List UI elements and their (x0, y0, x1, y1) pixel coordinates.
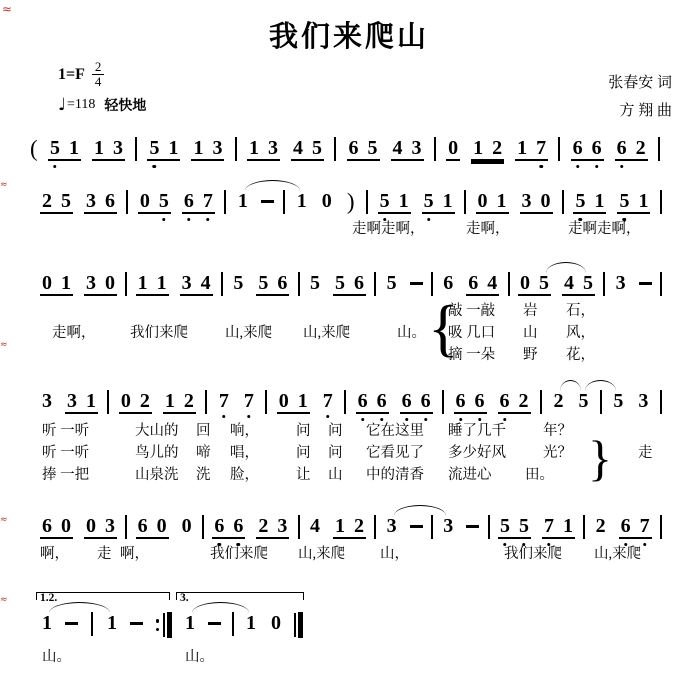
beam-group: 3 (614, 272, 628, 294)
measure: 1 (183, 612, 221, 634)
beam-group: 56 (256, 272, 289, 296)
beam-group: 3 (40, 390, 54, 412)
note-digit: 1 (562, 515, 574, 537)
note-digit: 3 (66, 390, 78, 412)
note: 3 (637, 390, 649, 412)
note: 5 (538, 272, 550, 294)
note-digit: 1 (93, 137, 105, 159)
note: 6 (572, 137, 584, 159)
dash-line (639, 282, 652, 285)
note-digit: 6 (474, 390, 486, 412)
note-digit: 1 (68, 137, 80, 159)
note: 6 (401, 390, 413, 412)
barline (224, 190, 226, 214)
note-digit: 1 (85, 390, 97, 412)
barline (265, 390, 267, 414)
note-digit: 6 (353, 272, 365, 294)
measure: 5151 (378, 190, 455, 214)
beam-group: 55 (498, 515, 531, 539)
barline (508, 272, 510, 296)
note: 7 (202, 190, 214, 212)
note-digit: 1 (398, 190, 410, 212)
note-digit: 0 (104, 272, 116, 294)
music-system: 331021277017666666622553 (40, 390, 662, 414)
beam-group: 5 (385, 272, 399, 294)
dash-note (639, 272, 652, 294)
measure: 01217 (446, 137, 548, 161)
note: 1 (106, 612, 118, 634)
note-digit: 2 (552, 390, 564, 412)
dash-line (65, 622, 78, 625)
lyric: 山。 (42, 650, 71, 665)
volta-bracket: 1.2. (36, 592, 170, 600)
barline (464, 190, 466, 214)
note-digit: 1 (334, 515, 346, 537)
lyric: 它在这里 (366, 424, 424, 439)
lyric: 大山的 (135, 424, 179, 439)
note-digit: 5 (148, 137, 160, 159)
dash-line (208, 622, 221, 625)
note: 6 (137, 515, 149, 537)
note: 2 (491, 137, 503, 159)
barline (434, 137, 436, 161)
note-digit: 0 (477, 190, 489, 212)
barline (660, 515, 662, 539)
measure: 0567 (138, 190, 215, 214)
lyric: 田。 (525, 468, 554, 483)
note: 2 (139, 390, 151, 412)
measure: 25 (551, 390, 590, 412)
note: 4 (563, 272, 575, 294)
note-digit: 3 (104, 515, 116, 537)
measure: 0130 (40, 272, 117, 296)
note-digit: 2 (257, 515, 269, 537)
lyric: 山,来爬 (298, 547, 345, 562)
note-digit: 5 (232, 272, 244, 294)
note-digit: 5 (158, 190, 170, 212)
note-digit: 1 (637, 190, 649, 212)
note-digit: 1 (192, 137, 204, 159)
barline (603, 272, 605, 296)
note-digit: 5 (257, 272, 269, 294)
beam-group: 51 (422, 190, 455, 214)
thin-bar (294, 613, 296, 637)
lyric: 走 (638, 446, 653, 461)
note: 3 (41, 390, 53, 412)
note: 3 (85, 190, 97, 212)
note: 3 (521, 190, 533, 212)
note-digit: 0 (278, 390, 290, 412)
note-digit: 2 (139, 390, 151, 412)
note-digit: 4 (563, 272, 575, 294)
time-signature: 2 4 (92, 60, 105, 90)
lyric: 问 (296, 446, 311, 461)
note-digit: 5 (423, 190, 435, 212)
slur-tie (192, 602, 249, 613)
dash-line (466, 525, 479, 528)
dash-line (410, 525, 423, 528)
beam-group: 17 (515, 137, 548, 161)
measure: 1345 (247, 137, 324, 161)
measure: 556 (308, 272, 366, 296)
note: 1 (296, 190, 308, 212)
lyric: 我们来爬 (130, 326, 188, 341)
note: 0 (139, 190, 151, 212)
barline (221, 272, 223, 296)
note: 6 (616, 137, 628, 159)
note-digit: 1 (593, 190, 605, 212)
barline (562, 190, 564, 214)
note-digit: 6 (467, 272, 479, 294)
lyric-brace: } (588, 430, 612, 486)
note: 0 (447, 137, 459, 159)
lyric: 山,来爬 (225, 326, 272, 341)
low-octave-dot (643, 543, 647, 547)
slur-tie (585, 380, 616, 391)
note: 1 (184, 612, 196, 634)
measure: 5571 (498, 515, 575, 539)
note: 3 (104, 515, 116, 537)
measure: 6666 (356, 390, 433, 414)
note-digit: 5 (612, 390, 624, 412)
low-octave-dot (503, 418, 507, 422)
note: 0 (270, 612, 282, 634)
measure: 331 (40, 390, 98, 414)
low-octave-dot (187, 218, 191, 222)
beam-group: 51 (378, 190, 411, 214)
beam-group: 51 (573, 190, 606, 214)
lyricist-credit: 张春安 词 (608, 70, 672, 98)
low-octave-dot (206, 218, 210, 222)
note: 3 (442, 515, 454, 537)
low-octave-dot (620, 165, 624, 169)
music-system: 110 (183, 612, 303, 638)
note: 5 (499, 515, 511, 537)
note: 5 (257, 272, 269, 294)
note: 1 (60, 272, 72, 294)
note-digit: 5 (518, 515, 530, 537)
measure: 6623 (212, 515, 289, 539)
repeat-end-barline (156, 612, 173, 638)
lyric: 听 一听 (42, 446, 89, 461)
note-digit: 1 (237, 190, 249, 212)
note: 4 (292, 137, 304, 159)
note-digit: 6 (357, 390, 369, 412)
beam-group: 71 (542, 515, 575, 539)
note-digit: 2 (41, 190, 53, 212)
note-digit: 7 (535, 137, 547, 159)
note: 1 (398, 190, 410, 212)
note-digit: 2 (518, 390, 530, 412)
measure: 5 (385, 272, 423, 294)
note-digit: 3 (521, 190, 533, 212)
lyric: 流进心 (448, 468, 492, 483)
note-digit: 3 (615, 272, 627, 294)
measure: 600 (136, 515, 194, 539)
note-digit: 6 (137, 515, 149, 537)
measure: 0545 (518, 272, 595, 296)
note: 1 (167, 137, 179, 159)
note: 1 (156, 272, 168, 294)
low-octave-dot (427, 218, 431, 222)
note-digit: 5 (582, 272, 594, 294)
lyric: 走啊， (52, 326, 96, 341)
low-octave-dot (380, 418, 384, 422)
note: 5 (311, 137, 323, 159)
note: 3 (276, 515, 288, 537)
note: 5 (423, 190, 435, 212)
note: 6 (41, 515, 53, 537)
lyric: 山 (523, 326, 538, 341)
note-digit: 3 (442, 515, 454, 537)
note-digit: 6 (442, 272, 454, 294)
beam-group: 65 (347, 137, 380, 161)
note-digit: 3 (85, 272, 97, 294)
beam-group: 1 (183, 612, 197, 634)
music-system: 25360567110)515101305151 (40, 190, 662, 214)
low-octave-dot (405, 418, 409, 422)
note: 1 (472, 137, 484, 159)
measure: 0212 (119, 390, 196, 414)
barline (126, 190, 128, 214)
barline (125, 515, 127, 539)
barline (583, 515, 585, 539)
lyric: 风， (566, 326, 595, 341)
slur-tie (245, 180, 300, 191)
note-digit: 0 (181, 515, 193, 537)
beam-group: 31 (65, 390, 98, 414)
note-digit: 4 (486, 272, 498, 294)
volta-bracket: 3. (176, 592, 304, 600)
dash-note (261, 190, 274, 212)
lyric: 啊， (40, 547, 69, 562)
music-system: 01301134556556566405453 (40, 272, 662, 296)
thick-bar (298, 612, 303, 638)
note: 1 (245, 612, 257, 634)
note: 3 (267, 137, 279, 159)
beam-group: 01 (476, 190, 509, 214)
note: 0 (104, 272, 116, 294)
beam-group: 3 (636, 390, 650, 412)
beam-group: 12 (163, 390, 196, 414)
beam-group: 05 (518, 272, 551, 296)
lyric: 山。 (397, 326, 426, 341)
note: 5 (574, 190, 586, 212)
note: 2 (257, 515, 269, 537)
time-signature-denominator: 4 (92, 75, 105, 89)
beam-group: 51 (147, 137, 180, 161)
music-system: 11 (40, 612, 172, 638)
note: 1 (442, 190, 454, 212)
note-digit: 0 (139, 190, 151, 212)
note: 5 (612, 390, 624, 412)
note: 1 (496, 190, 508, 212)
note: 5 (232, 272, 244, 294)
music-system: (5113511313456543012176662 (30, 137, 660, 161)
beam-group: 13 (191, 137, 224, 161)
beam-group: 60 (40, 515, 73, 539)
note: 5 (334, 272, 346, 294)
note: 0 (41, 272, 53, 294)
low-octave-dot (459, 418, 463, 422)
lyric: 走 (97, 547, 112, 562)
lyric: 听 一听 (42, 424, 89, 439)
beam-group: 7 (217, 390, 231, 412)
lyric: 让 (296, 468, 311, 483)
note: 3 (411, 137, 423, 159)
note-digit: 1 (296, 190, 308, 212)
note-digit: 3 (267, 137, 279, 159)
dash-note (65, 612, 78, 634)
lyric: 山 (328, 468, 343, 483)
note-digit: 3 (85, 190, 97, 212)
note: 3 (85, 272, 97, 294)
beam-group: 2 (594, 515, 608, 537)
dash-note (410, 515, 423, 537)
note-digit: 1 (164, 390, 176, 412)
note: 5 (379, 190, 391, 212)
note-digit: 1 (442, 190, 454, 212)
note: 1 (248, 137, 260, 159)
note-digit: 5 (367, 137, 379, 159)
note: 2 (552, 390, 564, 412)
volta-label: 1.2. (40, 593, 57, 605)
barline (431, 515, 433, 539)
tempo-value: =118 (67, 97, 95, 113)
note: 1 (85, 390, 97, 412)
note-digit: 0 (85, 515, 97, 537)
measure: 3 (614, 272, 652, 294)
measure: 267 (594, 515, 652, 539)
note-digit: 5 (311, 137, 323, 159)
beam-group: 66 (212, 515, 245, 539)
barline (344, 390, 346, 414)
note: 1 (297, 390, 309, 412)
beam-group: 66 (356, 390, 389, 414)
note: 0 (278, 390, 290, 412)
beam-group: 62 (615, 137, 648, 161)
beam-group: 60 (136, 515, 169, 539)
barline (202, 515, 204, 539)
note-digit: 1 (248, 137, 260, 159)
barline (540, 390, 542, 414)
lyric: 中的清香 (366, 468, 424, 483)
lyric: 多少好风 (448, 446, 506, 461)
lyric: 问 (328, 446, 343, 461)
note: 6 (213, 515, 225, 537)
beam-group: 03 (84, 515, 117, 539)
note-digit: 6 (183, 190, 195, 212)
note-digit: 6 (616, 137, 628, 159)
tempo-row: ♩ =118 轻快地 (58, 95, 146, 115)
measure: 2536 (40, 190, 117, 214)
note: 1 (93, 137, 105, 159)
lyric: 响， (230, 424, 259, 439)
beam-group: 11 (136, 272, 169, 296)
note: 6 (353, 272, 365, 294)
note: 4 (309, 515, 321, 537)
barline (125, 272, 127, 296)
beam-group: 6 (441, 272, 455, 294)
beam-group: 1 (295, 190, 309, 212)
note-digit: 3 (411, 137, 423, 159)
measure: 5113 (147, 137, 224, 161)
beam-group: 7 (321, 390, 335, 412)
beam-group: 4 (308, 515, 322, 537)
dash-note (208, 612, 221, 634)
note-digit: 1 (156, 272, 168, 294)
lyric: 山,来爬 (303, 326, 350, 341)
note-digit: 7 (218, 390, 230, 412)
key-signature-row: 1=F 2 4 (58, 60, 146, 90)
note: 3 (615, 272, 627, 294)
beam-group: 1 (244, 612, 258, 634)
low-octave-dot (53, 165, 57, 169)
beam-group: 45 (562, 272, 595, 296)
beam-group: 67 (619, 515, 652, 539)
repeat-dots (156, 619, 160, 631)
note: 4 (486, 272, 498, 294)
note: 5 (309, 272, 321, 294)
beam-group: 12 (333, 515, 366, 539)
note: 6 (591, 137, 603, 159)
note: 6 (467, 272, 479, 294)
measure: 5151 (573, 190, 650, 214)
note-digit: 4 (309, 515, 321, 537)
slur-tie (49, 602, 110, 613)
note-digit: 2 (635, 137, 647, 159)
note: 7 (322, 390, 334, 412)
measure: 1 (40, 612, 78, 634)
note: 4 (392, 137, 404, 159)
note-digit: 7 (639, 515, 651, 537)
note: 1 (237, 190, 249, 212)
beam-group: 64 (466, 272, 499, 296)
measure: 017 (277, 390, 335, 414)
note: 1 (137, 272, 149, 294)
note-digit: 5 (538, 272, 550, 294)
beam-group: 30 (84, 272, 117, 296)
beam-group: 05 (138, 190, 171, 214)
measure: 6662 (454, 390, 531, 414)
barline (334, 137, 336, 161)
note-digit: 5 (309, 272, 321, 294)
note: 3 (386, 515, 398, 537)
note-digit: 5 (60, 190, 72, 212)
lyric: 洗 (196, 468, 211, 483)
beam-group: 0 (269, 612, 283, 634)
note-digit: 3 (386, 515, 398, 537)
song-title: 我们来爬山 (0, 14, 698, 55)
note: 6 (455, 390, 467, 412)
composer-credit: 方 翔 曲 (608, 98, 672, 126)
repeat-dot (156, 619, 160, 623)
note-digit: 6 (232, 515, 244, 537)
beam-group: 34 (180, 272, 213, 296)
measure: 1 (105, 612, 143, 634)
beam-group: 13 (247, 137, 280, 161)
lyric: 我们来爬 (504, 547, 562, 562)
note: 0 (181, 515, 193, 537)
lyric: 脸， (230, 468, 259, 483)
note: 5 (386, 272, 398, 294)
note-digit: 1 (184, 612, 196, 634)
note: 2 (41, 190, 53, 212)
low-octave-dot (222, 415, 226, 419)
lyric: 唱， (230, 446, 259, 461)
note: 1 (334, 515, 346, 537)
note: 7 (218, 390, 230, 412)
